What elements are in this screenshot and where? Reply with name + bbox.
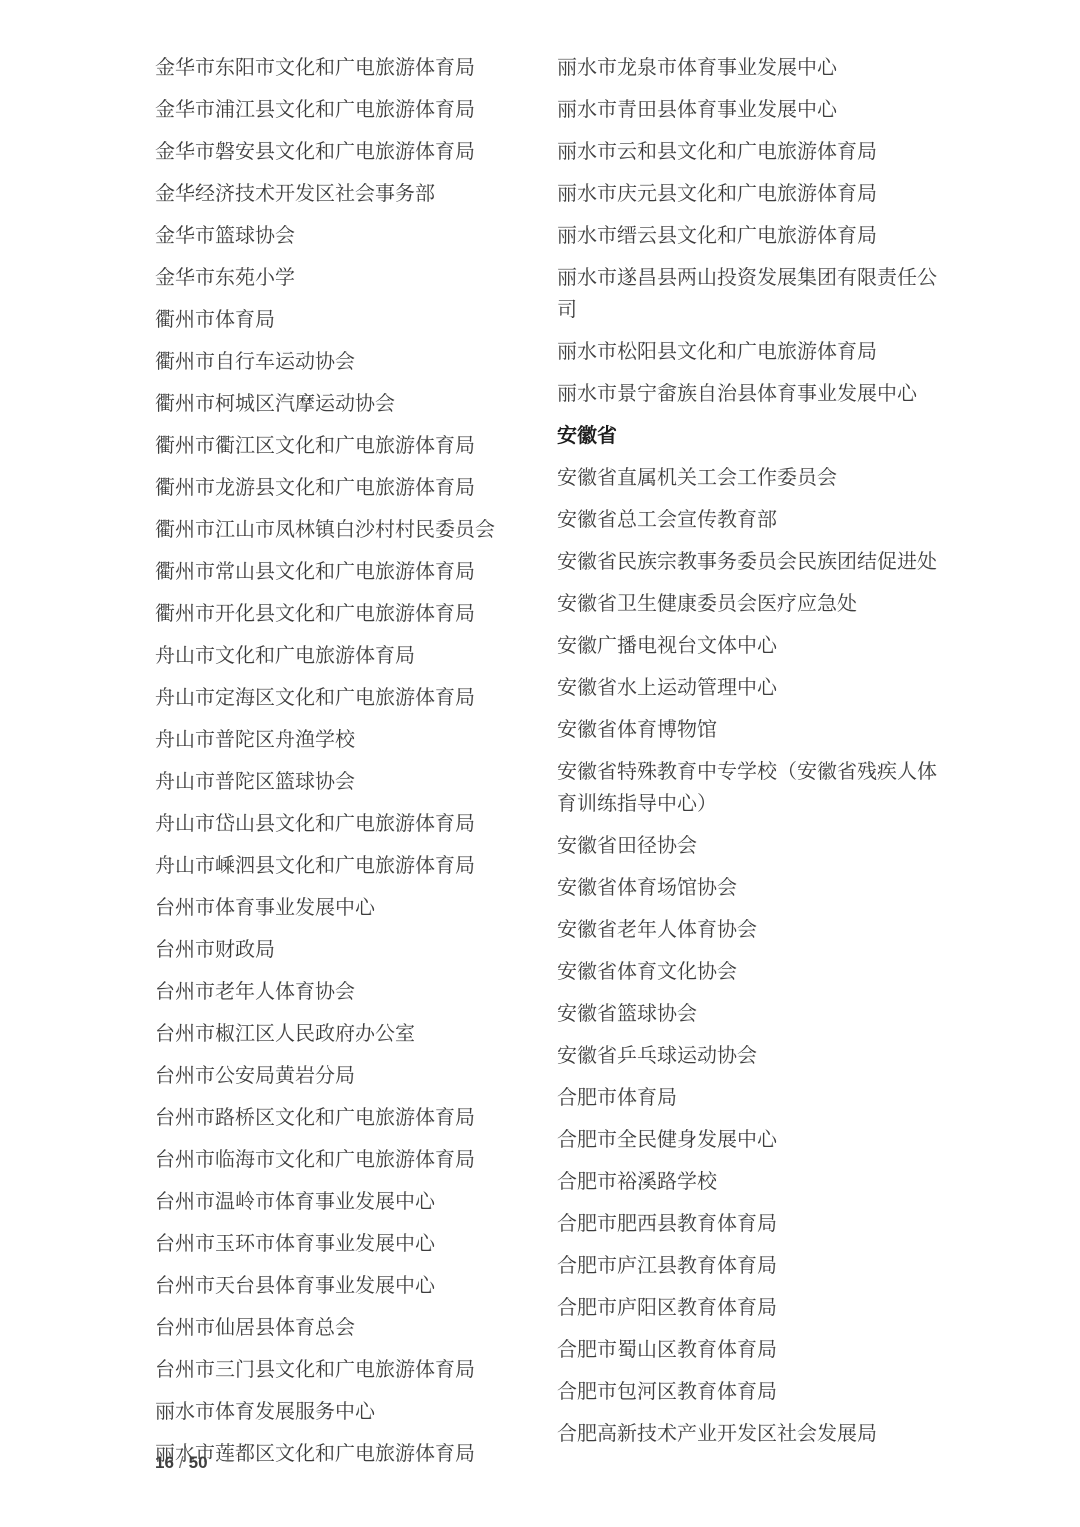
org-list-item: 合肥市包河区教育体育局	[557, 1376, 949, 1408]
document-page: 金华市东阳市文化和广电旅游体育局 金华市浦江县文化和广电旅游体育局 金华市磐安县…	[0, 0, 1080, 1527]
org-list-item: 安徽省体育场馆协会	[557, 872, 949, 904]
org-list-item: 衢州市衢江区文化和广电旅游体育局	[155, 430, 547, 462]
org-list-item: 金华市磐安县文化和广电旅游体育局	[155, 136, 547, 168]
org-list-item: 安徽省乒乓球运动协会	[557, 1040, 949, 1072]
org-list-item: 台州市老年人体育协会	[155, 976, 547, 1008]
org-list-item: 安徽省田径协会	[557, 830, 949, 862]
org-list-item: 金华市篮球协会	[155, 220, 547, 252]
org-list-item: 衢州市龙游县文化和广电旅游体育局	[155, 472, 547, 504]
org-list-item: 合肥市庐阳区教育体育局	[557, 1292, 949, 1324]
org-list-item: 合肥高新技术产业开发区社会发展局	[557, 1418, 949, 1450]
org-list-item: 安徽省卫生健康委员会医疗应急处	[557, 588, 949, 620]
org-list-item: 台州市临海市文化和广电旅游体育局	[155, 1144, 547, 1176]
org-list-right-top: 丽水市龙泉市体育事业发展中心 丽水市青田县体育事业发展中心 丽水市云和县文化和广…	[557, 52, 949, 410]
org-list-item: 台州市公安局黄岩分局	[155, 1060, 547, 1092]
current-page-number: 16	[155, 1453, 174, 1472]
org-list-item: 舟山市嵊泗县文化和广电旅游体育局	[155, 850, 547, 882]
org-list-column-left: 金华市东阳市文化和广电旅游体育局 金华市浦江县文化和广电旅游体育局 金华市磐安县…	[155, 52, 547, 1480]
org-list-item: 金华市东阳市文化和广电旅游体育局	[155, 52, 547, 84]
org-list-item: 衢州市自行车运动协会	[155, 346, 547, 378]
org-list-item: 合肥市裕溪路学校	[557, 1166, 949, 1198]
org-list-item: 合肥市蜀山区教育体育局	[557, 1334, 949, 1366]
page-separator: /	[174, 1453, 189, 1472]
org-list-item: 安徽省民族宗教事务委员会民族团结促进处	[557, 546, 949, 578]
org-list-item: 丽水市龙泉市体育事业发展中心	[557, 52, 949, 84]
org-list-item: 金华市浦江县文化和广电旅游体育局	[155, 94, 547, 126]
org-list-item: 台州市三门县文化和广电旅游体育局	[155, 1354, 547, 1386]
org-list-item: 丽水市缙云县文化和广电旅游体育局	[557, 220, 949, 252]
org-list-right-bottom: 安徽省直属机关工会工作委员会 安徽省总工会宣传教育部 安徽省民族宗教事务委员会民…	[557, 462, 949, 1450]
org-list-item: 丽水市莲都区文化和广电旅游体育局	[155, 1438, 547, 1470]
org-list-item: 安徽省体育文化协会	[557, 956, 949, 988]
org-list-item: 台州市玉环市体育事业发展中心	[155, 1228, 547, 1260]
org-list-item: 安徽广播电视台文体中心	[557, 630, 949, 662]
org-list-item: 合肥市肥西县教育体育局	[557, 1208, 949, 1240]
org-list-item: 衢州市开化县文化和广电旅游体育局	[155, 598, 547, 630]
org-list-item: 衢州市江山市凤林镇白沙村村民委员会	[155, 514, 547, 546]
org-list-item: 台州市体育事业发展中心	[155, 892, 547, 924]
org-list-item: 衢州市常山县文化和广电旅游体育局	[155, 556, 547, 588]
total-pages: 50	[189, 1453, 208, 1472]
org-list-item: 丽水市遂昌县两山投资发展集团有限责任公司	[557, 262, 949, 326]
org-list-item: 丽水市景宁畲族自治县体育事业发展中心	[557, 378, 949, 410]
org-list-item: 台州市天台县体育事业发展中心	[155, 1270, 547, 1302]
org-list-item: 台州市路桥区文化和广电旅游体育局	[155, 1102, 547, 1134]
org-list-item: 舟山市文化和广电旅游体育局	[155, 640, 547, 672]
org-list-item: 台州市温岭市体育事业发展中心	[155, 1186, 547, 1218]
org-list-item: 丽水市青田县体育事业发展中心	[557, 94, 949, 126]
org-list-item: 舟山市定海区文化和广电旅游体育局	[155, 682, 547, 714]
org-list-item: 金华经济技术开发区社会事务部	[155, 178, 547, 210]
org-list-item: 丽水市松阳县文化和广电旅游体育局	[557, 336, 949, 368]
org-list-item: 丽水市庆元县文化和广电旅游体育局	[557, 178, 949, 210]
org-list-item: 合肥市体育局	[557, 1082, 949, 1114]
org-list-item: 安徽省特殊教育中专学校（安徽省残疾人体育训练指导中心）	[557, 756, 949, 820]
org-list-item: 舟山市普陀区舟渔学校	[155, 724, 547, 756]
org-list-item: 丽水市云和县文化和广电旅游体育局	[557, 136, 949, 168]
section-heading-anhui: 安徽省	[557, 420, 949, 452]
org-list-item: 安徽省体育博物馆	[557, 714, 949, 746]
org-list-item: 衢州市柯城区汽摩运动协会	[155, 388, 547, 420]
org-list-item: 金华市东苑小学	[155, 262, 547, 294]
org-list-item: 丽水市体育发展服务中心	[155, 1396, 547, 1428]
org-list-item: 衢州市体育局	[155, 304, 547, 336]
org-list-item: 台州市椒江区人民政府办公室	[155, 1018, 547, 1050]
org-list-item: 安徽省水上运动管理中心	[557, 672, 949, 704]
org-list-item: 台州市仙居县体育总会	[155, 1312, 547, 1344]
org-list-item: 合肥市庐江县教育体育局	[557, 1250, 949, 1282]
org-list-item: 台州市财政局	[155, 934, 547, 966]
org-list-item: 安徽省篮球协会	[557, 998, 949, 1030]
org-list-item: 安徽省老年人体育协会	[557, 914, 949, 946]
page-number-indicator: 16/50	[155, 1452, 208, 1474]
org-list-item: 安徽省总工会宣传教育部	[557, 504, 949, 536]
org-list-item: 舟山市岱山县文化和广电旅游体育局	[155, 808, 547, 840]
org-list-column-right: 丽水市龙泉市体育事业发展中心 丽水市青田县体育事业发展中心 丽水市云和县文化和广…	[557, 52, 949, 1460]
org-list-item: 舟山市普陀区篮球协会	[155, 766, 547, 798]
org-list-item: 合肥市全民健身发展中心	[557, 1124, 949, 1156]
org-list-item: 安徽省直属机关工会工作委员会	[557, 462, 949, 494]
